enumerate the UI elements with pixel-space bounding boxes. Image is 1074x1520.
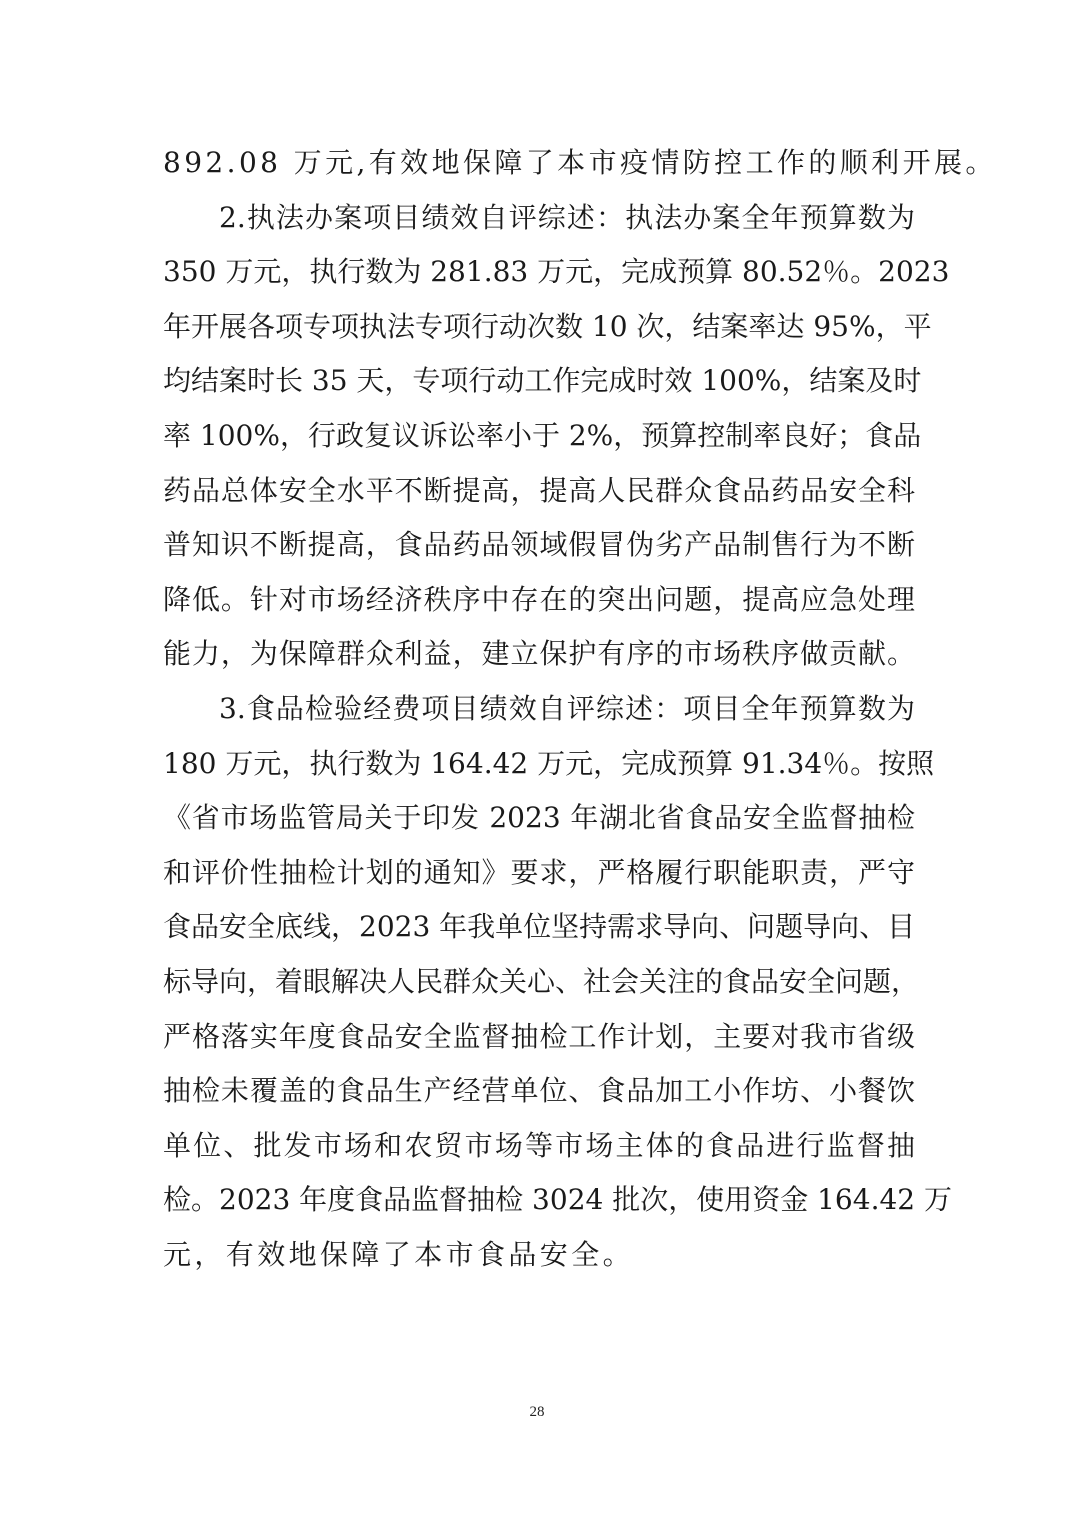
text-line: 降低。针对市场经济秩序中存在的突出问题，提高应急处理: [163, 573, 915, 628]
text-line: 检。2023 年度食品监督抽检 3024 批次，使用资金 164.42 万: [163, 1173, 915, 1228]
page-number: 28: [0, 1404, 1074, 1421]
text-line: 《省市场监管局关于印发 2023 年湖北省食品安全监督抽检: [163, 791, 915, 846]
paragraph-heading-line: 3.食品检验经费项目绩效自评综述：项目全年预算数为: [163, 682, 915, 737]
text-line: 食品安全底线，2023 年我单位坚持需求导向、问题导向、目: [163, 900, 915, 955]
text-line: 率 100%，行政复议诉讼率小于 2%，预算控制率良好；食品: [163, 409, 915, 464]
text-line: 年开展各项专项执法专项行动次数 10 次，结案率达 95%，平: [163, 300, 915, 355]
text-line: 均结案时长 35 天，专项行动工作完成时效 100%，结案及时: [163, 354, 915, 409]
document-page: 892.08 万元,有效地保障了本市疫情防控工作的顺利开展。 2.执法办案项目绩…: [0, 0, 1074, 1520]
text-line: 能力，为保障群众利益，建立保护有序的市场秩序做贡献。: [163, 627, 915, 682]
text-line: 350 万元，执行数为 281.83 万元，完成预算 80.52％。2023: [163, 245, 915, 300]
text-line: 元，有效地保障了本市食品安全。: [163, 1228, 915, 1283]
text-line: 892.08 万元,有效地保障了本市疫情防控工作的顺利开展。: [163, 136, 915, 191]
text-line: 严格落实年度食品安全监督抽检工作计划，主要对我市省级: [163, 1010, 915, 1065]
text-line: 单位、批发市场和农贸市场等市场主体的食品进行监督抽: [163, 1119, 915, 1174]
text-line: 抽检未覆盖的食品生产经营单位、食品加工小作坊、小餐饮: [163, 1064, 915, 1119]
text-line: 和评价性抽检计划的通知》要求，严格履行职能职责，严守: [163, 846, 915, 901]
text-line: 普知识不断提高，食品药品领域假冒伪劣产品制售行为不断: [163, 518, 915, 573]
body-text: 892.08 万元,有效地保障了本市疫情防控工作的顺利开展。 2.执法办案项目绩…: [163, 136, 915, 1282]
text-line: 药品总体安全水平不断提高，提高人民群众食品药品安全科: [163, 464, 915, 519]
text-line: 标导向，着眼解决人民群众关心、社会关注的食品安全问题，: [163, 955, 915, 1010]
paragraph-heading-line: 2.执法办案项目绩效自评综述：执法办案全年预算数为: [163, 191, 915, 246]
text-line: 180 万元，执行数为 164.42 万元，完成预算 91.34％。按照: [163, 737, 915, 792]
